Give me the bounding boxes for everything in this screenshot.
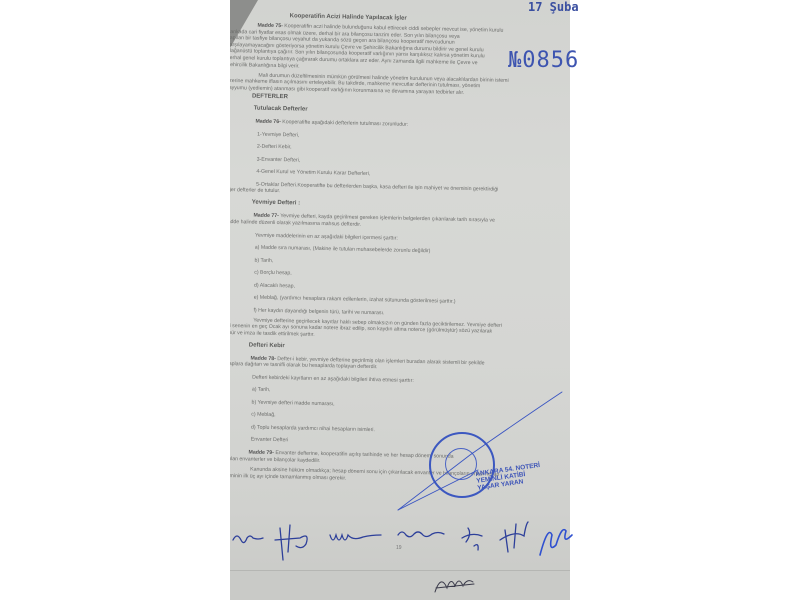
signature-5 xyxy=(462,528,482,550)
seal-signature-line xyxy=(398,392,562,510)
signature-7 xyxy=(540,530,572,555)
signature-2 xyxy=(275,525,307,560)
seal-signature-line-2 xyxy=(398,470,478,510)
signature-8 xyxy=(435,581,474,592)
signature-1 xyxy=(233,536,263,543)
signatures xyxy=(0,0,800,600)
signature-6 xyxy=(500,522,528,552)
signature-4 xyxy=(398,532,444,537)
signature-3 xyxy=(330,535,381,540)
